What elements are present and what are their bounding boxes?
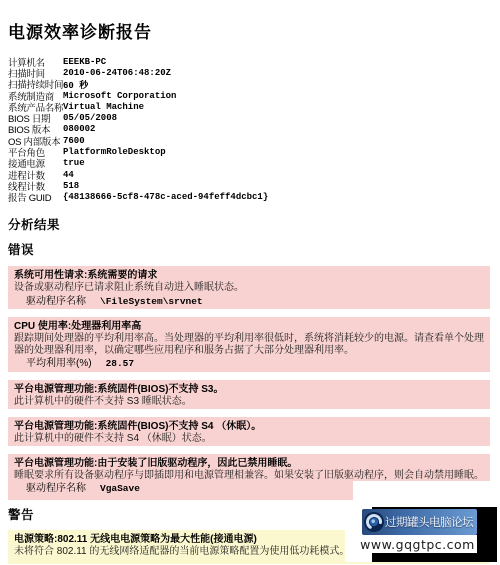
forum-banner: 过期罐头电脑论坛 [362,509,477,535]
detail-value: \FileSystem\srvnet [100,296,203,308]
info-row-os-build: OS 内部版本 7600 [8,135,500,146]
info-row-bios-date: BIOS 日期 05/05/2008 [8,112,500,123]
analysis-results-heading: 分析结果 [8,218,500,232]
error-block-cpu-usage: CPU 使用率:处理器利用率高 跟踪期间处理器的平均利用率高。当处理器的平均利用… [8,317,490,372]
detail-value: VgaSave [100,483,140,495]
info-row-process-count: 进程计数 44 [8,169,500,180]
error-body: 跟踪期间处理器的平均利用率高。当处理器的平均利用率很低时，系统将消耗较少的电源。… [14,333,484,356]
forum-url: www.gqgtpc.com [360,537,475,552]
system-info-table: 计算机名 EEEKB-PC 扫描时间 2010-06-24T06:48:20Z … [8,56,500,203]
detail-label: 驱动程序名称 [26,296,86,308]
info-row-manufacturer: 系统制造商 Microsoft Corporation [8,90,500,101]
info-value: 080002 [63,124,95,134]
error-block-availability-request: 系统可用性请求:系统需要的请求 设备或驱动程序已请求阻止系统自动进入睡眠状态。 … [8,266,490,309]
info-row-report-guid: 报告 GUID {48138666-5cf8-478c-aced-94feff4… [8,192,500,203]
info-value: 60 秒 [63,78,88,91]
info-value: true [63,158,85,168]
info-value: 2010-06-24T06:48:20Z [63,68,171,78]
info-value: EEEKB-PC [63,57,106,67]
error-title: 平台电源管理功能:系统固件(BIOS)不支持 S3。 [14,384,484,396]
error-body: 睡眠要求所有设备驱动程序与即插即用和电源管理相兼容。如果安装了旧版驱动程序，则会… [14,470,484,482]
error-body: 此计算机中的硬件不支持 S4 （休眠）状态。 [14,433,484,445]
info-value: {48138666-5cf8-478c-aced-94feff4dcbc1} [63,192,268,202]
info-value: PlatformRoleDesktop [63,147,166,157]
info-row-scan-duration: 扫描持续时间 60 秒 [8,79,500,90]
info-value: Microsoft Corporation [63,91,176,101]
info-row-platform-role: 平台角色 PlatformRoleDesktop [8,146,500,157]
error-block-legacy-driver: 平台电源管理功能:由于安装了旧版驱动程序，因此已禁用睡眠。 睡眠要求所有设备驱动… [8,454,490,481]
driver-detail-row: 驱动程序名称 VgaSave [14,483,347,495]
detail-label: 驱动程序名称 [26,483,86,495]
info-value: 05/05/2008 [63,113,117,123]
info-value: Virtual Machine [63,102,144,112]
utilization-detail-row: 平均利用率(%) 28.57 [14,358,484,370]
error-body: 此计算机中的硬件不支持 S3 睡眠状态。 [14,396,484,408]
error-body: 设备或驱动程序已请求阻止系统自动进入睡眠状态。 [14,282,484,294]
error-title: CPU 使用率:处理器利用率高 [14,321,484,333]
error-title: 平台电源管理功能:由于安装了旧版驱动程序，因此已禁用睡眠。 [14,458,484,470]
info-value: 7600 [63,136,85,146]
forum-logo-icon [364,512,384,532]
info-row-computer-name: 计算机名 EEEKB-PC [8,56,500,67]
report-page: 电源效率诊断报告 计算机名 EEEKB-PC 扫描时间 2010-06-24T0… [0,23,500,564]
info-row-on-ac-power: 接通电源 true [8,158,500,169]
info-row-bios-version: BIOS 版本 080002 [8,124,500,135]
error-title: 平台电源管理功能:系统固件(BIOS)不支持 S4 （休眠）。 [14,421,484,433]
error-block-no-s3: 平台电源管理功能:系统固件(BIOS)不支持 S3。 此计算机中的硬件不支持 S… [8,380,490,409]
driver-detail-row: 驱动程序名称 \FileSystem\srvnet [14,296,484,308]
error-block-no-s4: 平台电源管理功能:系统固件(BIOS)不支持 S4 （休眠）。 此计算机中的硬件… [8,417,490,446]
detail-label: 平均利用率(%) [26,358,92,370]
watermark-stamp: 过期罐头电脑论坛 www.gqgtpc.com [345,503,497,562]
info-label: 报告 GUID [8,190,63,204]
forum-url-strip: www.gqgtpc.com [358,535,477,553]
info-row-product-name: 系统产品名称 Virtual Machine [8,101,500,112]
error-title: 系统可用性请求:系统需要的请求 [14,270,484,282]
page-title: 电源效率诊断报告 [8,23,500,43]
detail-value: 28.57 [106,358,135,370]
error-blocks: 系统可用性请求:系统需要的请求 设备或驱动程序已请求阻止系统自动进入睡眠状态。 … [8,266,500,500]
info-value: 44 [63,170,74,180]
errors-heading: 错误 [8,243,500,257]
info-row-thread-count: 线程计数 518 [8,180,500,191]
forum-name: 过期罐头电脑论坛 [385,514,473,530]
info-value: 518 [63,181,79,191]
error-block-legacy-driver-detail: 驱动程序名称 VgaSave [8,481,353,500]
